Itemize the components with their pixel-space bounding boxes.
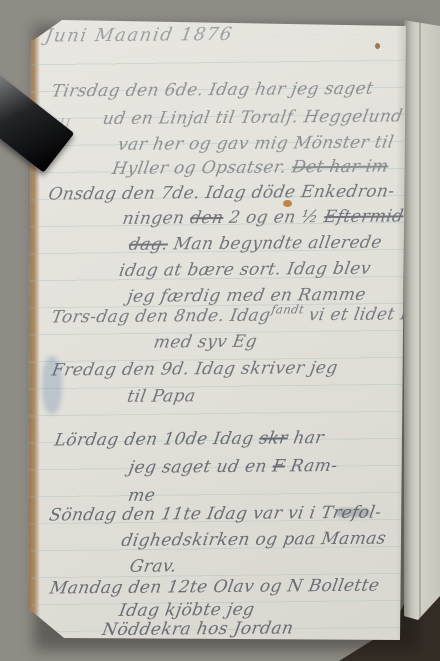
text-segment: Ram-: [283, 456, 339, 476]
handwriting-line: dighedskirken og paa Mamas: [120, 529, 388, 551]
text-segment: ud en Linjal til Toralf. Heggelund: [101, 106, 404, 129]
text-segment: me: [127, 486, 157, 506]
text-segment: dighedskirken og paa Mamas: [120, 529, 388, 551]
text-segment: Mandag den 12te Olav og N Bollette: [48, 576, 381, 599]
handwriting-line: Fredag den 9d. Idag skriver jeg: [50, 358, 339, 381]
text-segment: har: [286, 428, 326, 448]
text-segment: Söndag den 11te Idag var vi i Trefol-: [48, 503, 383, 526]
handwriting-line: Tors-dag den 8nde. Idagfandt vi et lidet…: [50, 304, 440, 327]
struck-text: skr: [258, 428, 290, 448]
handwriting-line: Onsdag den 7de. Idag döde Enkedron-: [47, 181, 396, 204]
struck-text: den: [189, 208, 225, 228]
text-segment: med syv Eg: [152, 332, 258, 353]
diary-page: Juni Maanid 1876 Tirsdag den 6de. Idag h…: [28, 18, 412, 646]
handwriting-line: Hyller og Opsatser. Det har im: [111, 157, 390, 179]
handwriting-line: ningen den 2 og en ½ EftermidMorgen: [121, 206, 440, 229]
handwriting-line: til Papa: [126, 386, 197, 407]
struck-text: Det har im: [290, 157, 389, 178]
text-segment: Tors-dag den 8nde. Idag: [50, 306, 272, 328]
text-segment: ningen: [121, 208, 192, 229]
handwriting-line: Lördag den 10de Idag skr har: [53, 428, 326, 450]
handwriting-line: Idag kjöbte jeg: [118, 600, 257, 621]
text-segment: Lördag den 10de Idag: [53, 429, 261, 451]
text-segment: til Papa: [126, 386, 197, 407]
text-segment: idag at bære sort. Idag blev: [118, 259, 373, 281]
handwriting-line: me: [127, 486, 157, 506]
handwriting-line: ud en Linjal til Toralf. Heggelund: [101, 106, 404, 129]
next-page-edge: [404, 20, 440, 622]
page-fold-line: [419, 20, 421, 622]
struck-text: Eftermid: [322, 206, 405, 227]
handwriting-layer: Juni Maanid 1876 Tirsdag den 6de. Idag h…: [25, 16, 414, 647]
text-segment: Nöddekra hos Jordan: [101, 618, 295, 640]
struck-text: dag.: [127, 234, 169, 254]
handwriting-line: med syv Eg: [152, 332, 258, 353]
handwriting-line: Mandag den 12te Olav og N Bollette: [48, 576, 381, 599]
handwriting-line: var her og gav mig Mönster til: [116, 132, 395, 154]
handwriting-line: dag. Man begyndte allerede: [127, 233, 383, 255]
inserted-word: fandt: [270, 302, 305, 316]
text-segment: var her og gav mig Mönster til: [116, 132, 395, 154]
text-segment: Grav.: [128, 556, 178, 576]
text-segment: Idag kjöbte jeg: [118, 600, 257, 621]
text-segment: Man begyndte allerede: [166, 233, 383, 255]
handwriting-line: Söndag den 11te Idag var vi i Trefol-: [48, 503, 383, 526]
text-segment: jeg saget ud en: [127, 457, 274, 478]
text-segment: Fredag den 9d. Idag skriver jeg: [50, 358, 339, 381]
diary-photo: Juni Maanid 1876 Tirsdag den 6de. Idag h…: [0, 0, 440, 661]
text-segment: Hyller og Opsatser.: [111, 157, 294, 179]
text-segment: Tirsdag den 6de. Idag har jeg saget: [50, 79, 375, 102]
handwriting-line: jeg saget ud en F Ram-: [127, 456, 339, 478]
handwriting-line: idag at bære sort. Idag blev: [118, 259, 373, 281]
text-segment: jeg færdig med en Ramme: [126, 285, 368, 307]
text-segment: Onsdag den 7de. Idag döde Enkedron-: [47, 181, 396, 204]
handwriting-line: Nöddekra hos Jordan: [101, 618, 295, 640]
handwriting-line: Tirsdag den 6de. Idag har jeg saget: [50, 79, 375, 102]
diary-month-heading: Juni Maanid 1876: [44, 24, 235, 47]
handwriting-line: Grav.: [128, 556, 178, 576]
text-segment: 2 og en ½: [222, 207, 326, 228]
handwriting-line: jeg færdig med en Ramme: [126, 285, 368, 307]
